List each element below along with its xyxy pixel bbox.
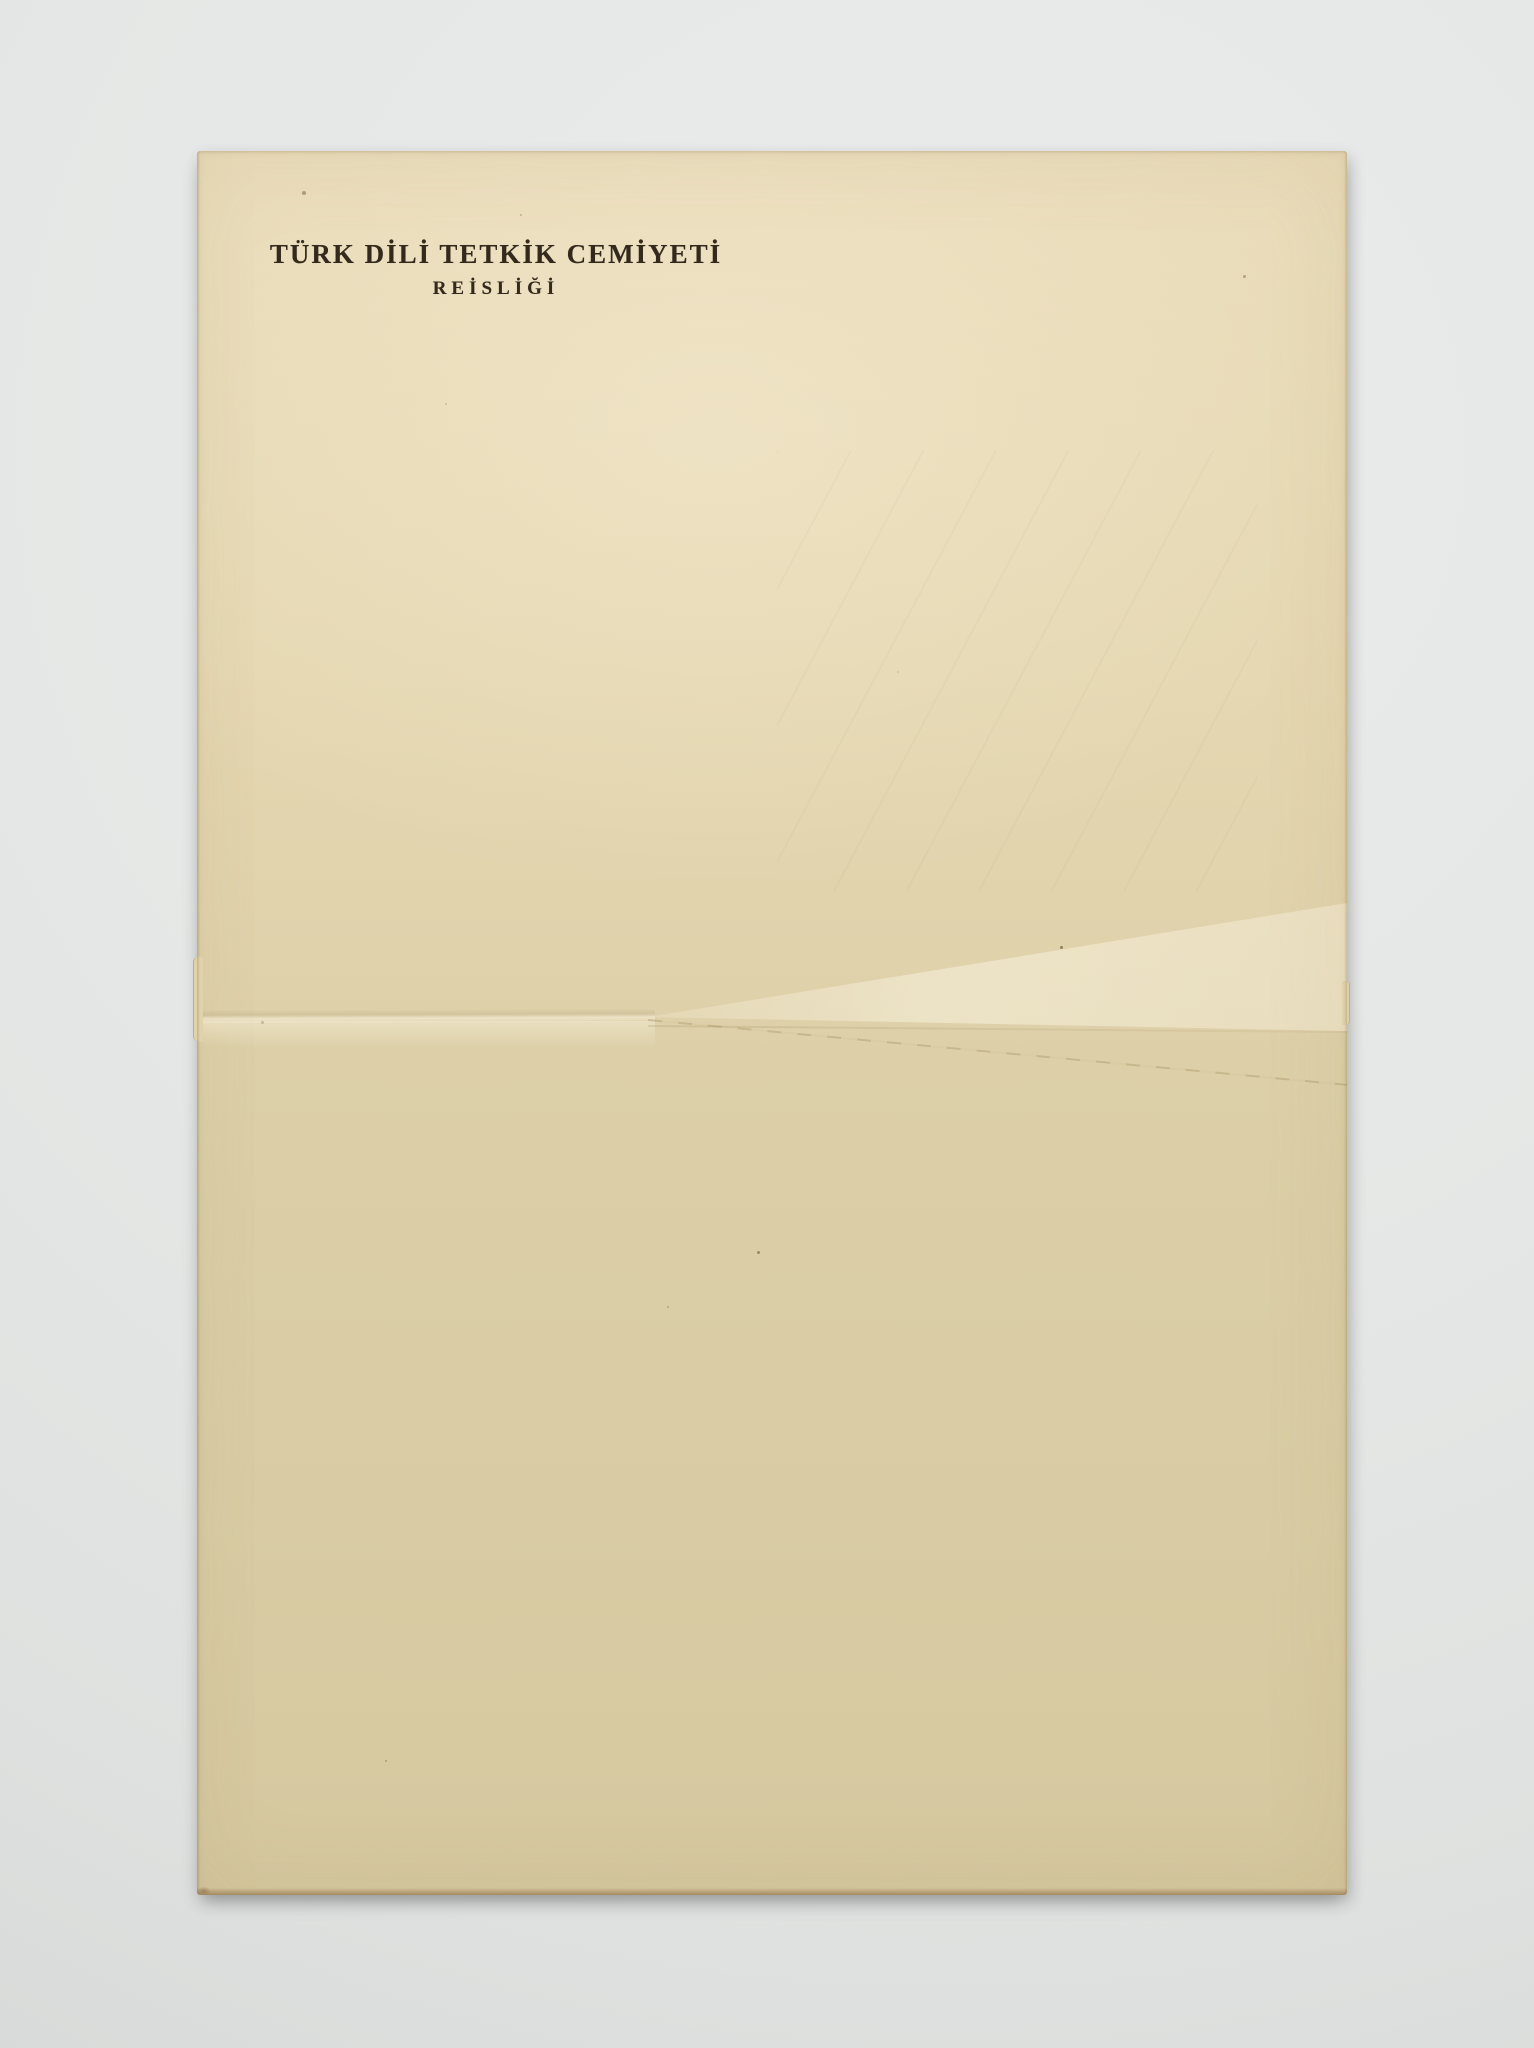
paper-corner-stain (197, 1867, 231, 1895)
paper-edge-bottom (197, 1888, 1347, 1895)
paper-stain (302, 191, 306, 195)
fold-crease-right (648, 1025, 1348, 1033)
photo-backdrop: TÜRK DİLİ TETKİK CEMİYETİ REİSLİĞİ (0, 0, 1534, 2048)
fold-edge-bump-right (1342, 981, 1350, 1025)
letterhead-organization: TÜRK DİLİ TETKİK CEMİYETİ (197, 237, 795, 271)
paper-stain (520, 214, 522, 216)
fold-crease-diagonal (648, 1019, 1347, 1086)
paper-stain (1060, 946, 1063, 949)
letterhead-department: REİSLİĞİ (197, 277, 795, 301)
paper-stains (197, 151, 1347, 1895)
fold-crease-left (197, 1008, 655, 1024)
paper-stain (667, 1306, 669, 1308)
paper-stain (1243, 275, 1246, 278)
paper-stain (897, 671, 899, 673)
paper-stain (261, 1021, 264, 1024)
fold-highlight-wedge (197, 151, 1347, 1895)
paper-edge-left (197, 151, 200, 1895)
paper-edge-right (1344, 151, 1347, 1895)
letter-paper: TÜRK DİLİ TETKİK CEMİYETİ REİSLİĞİ (197, 151, 1347, 1895)
ghost-streaks (777, 451, 1257, 891)
fold-crease-left-highlight (197, 1021, 655, 1047)
fold-edge-bump-left (193, 957, 203, 1041)
letterhead: TÜRK DİLİ TETKİK CEMİYETİ REİSLİĞİ (197, 237, 795, 301)
paper-stain (445, 403, 447, 405)
paper-stain (757, 1251, 760, 1254)
paper-edge-top (197, 151, 1347, 154)
paper-stain (385, 1760, 387, 1762)
